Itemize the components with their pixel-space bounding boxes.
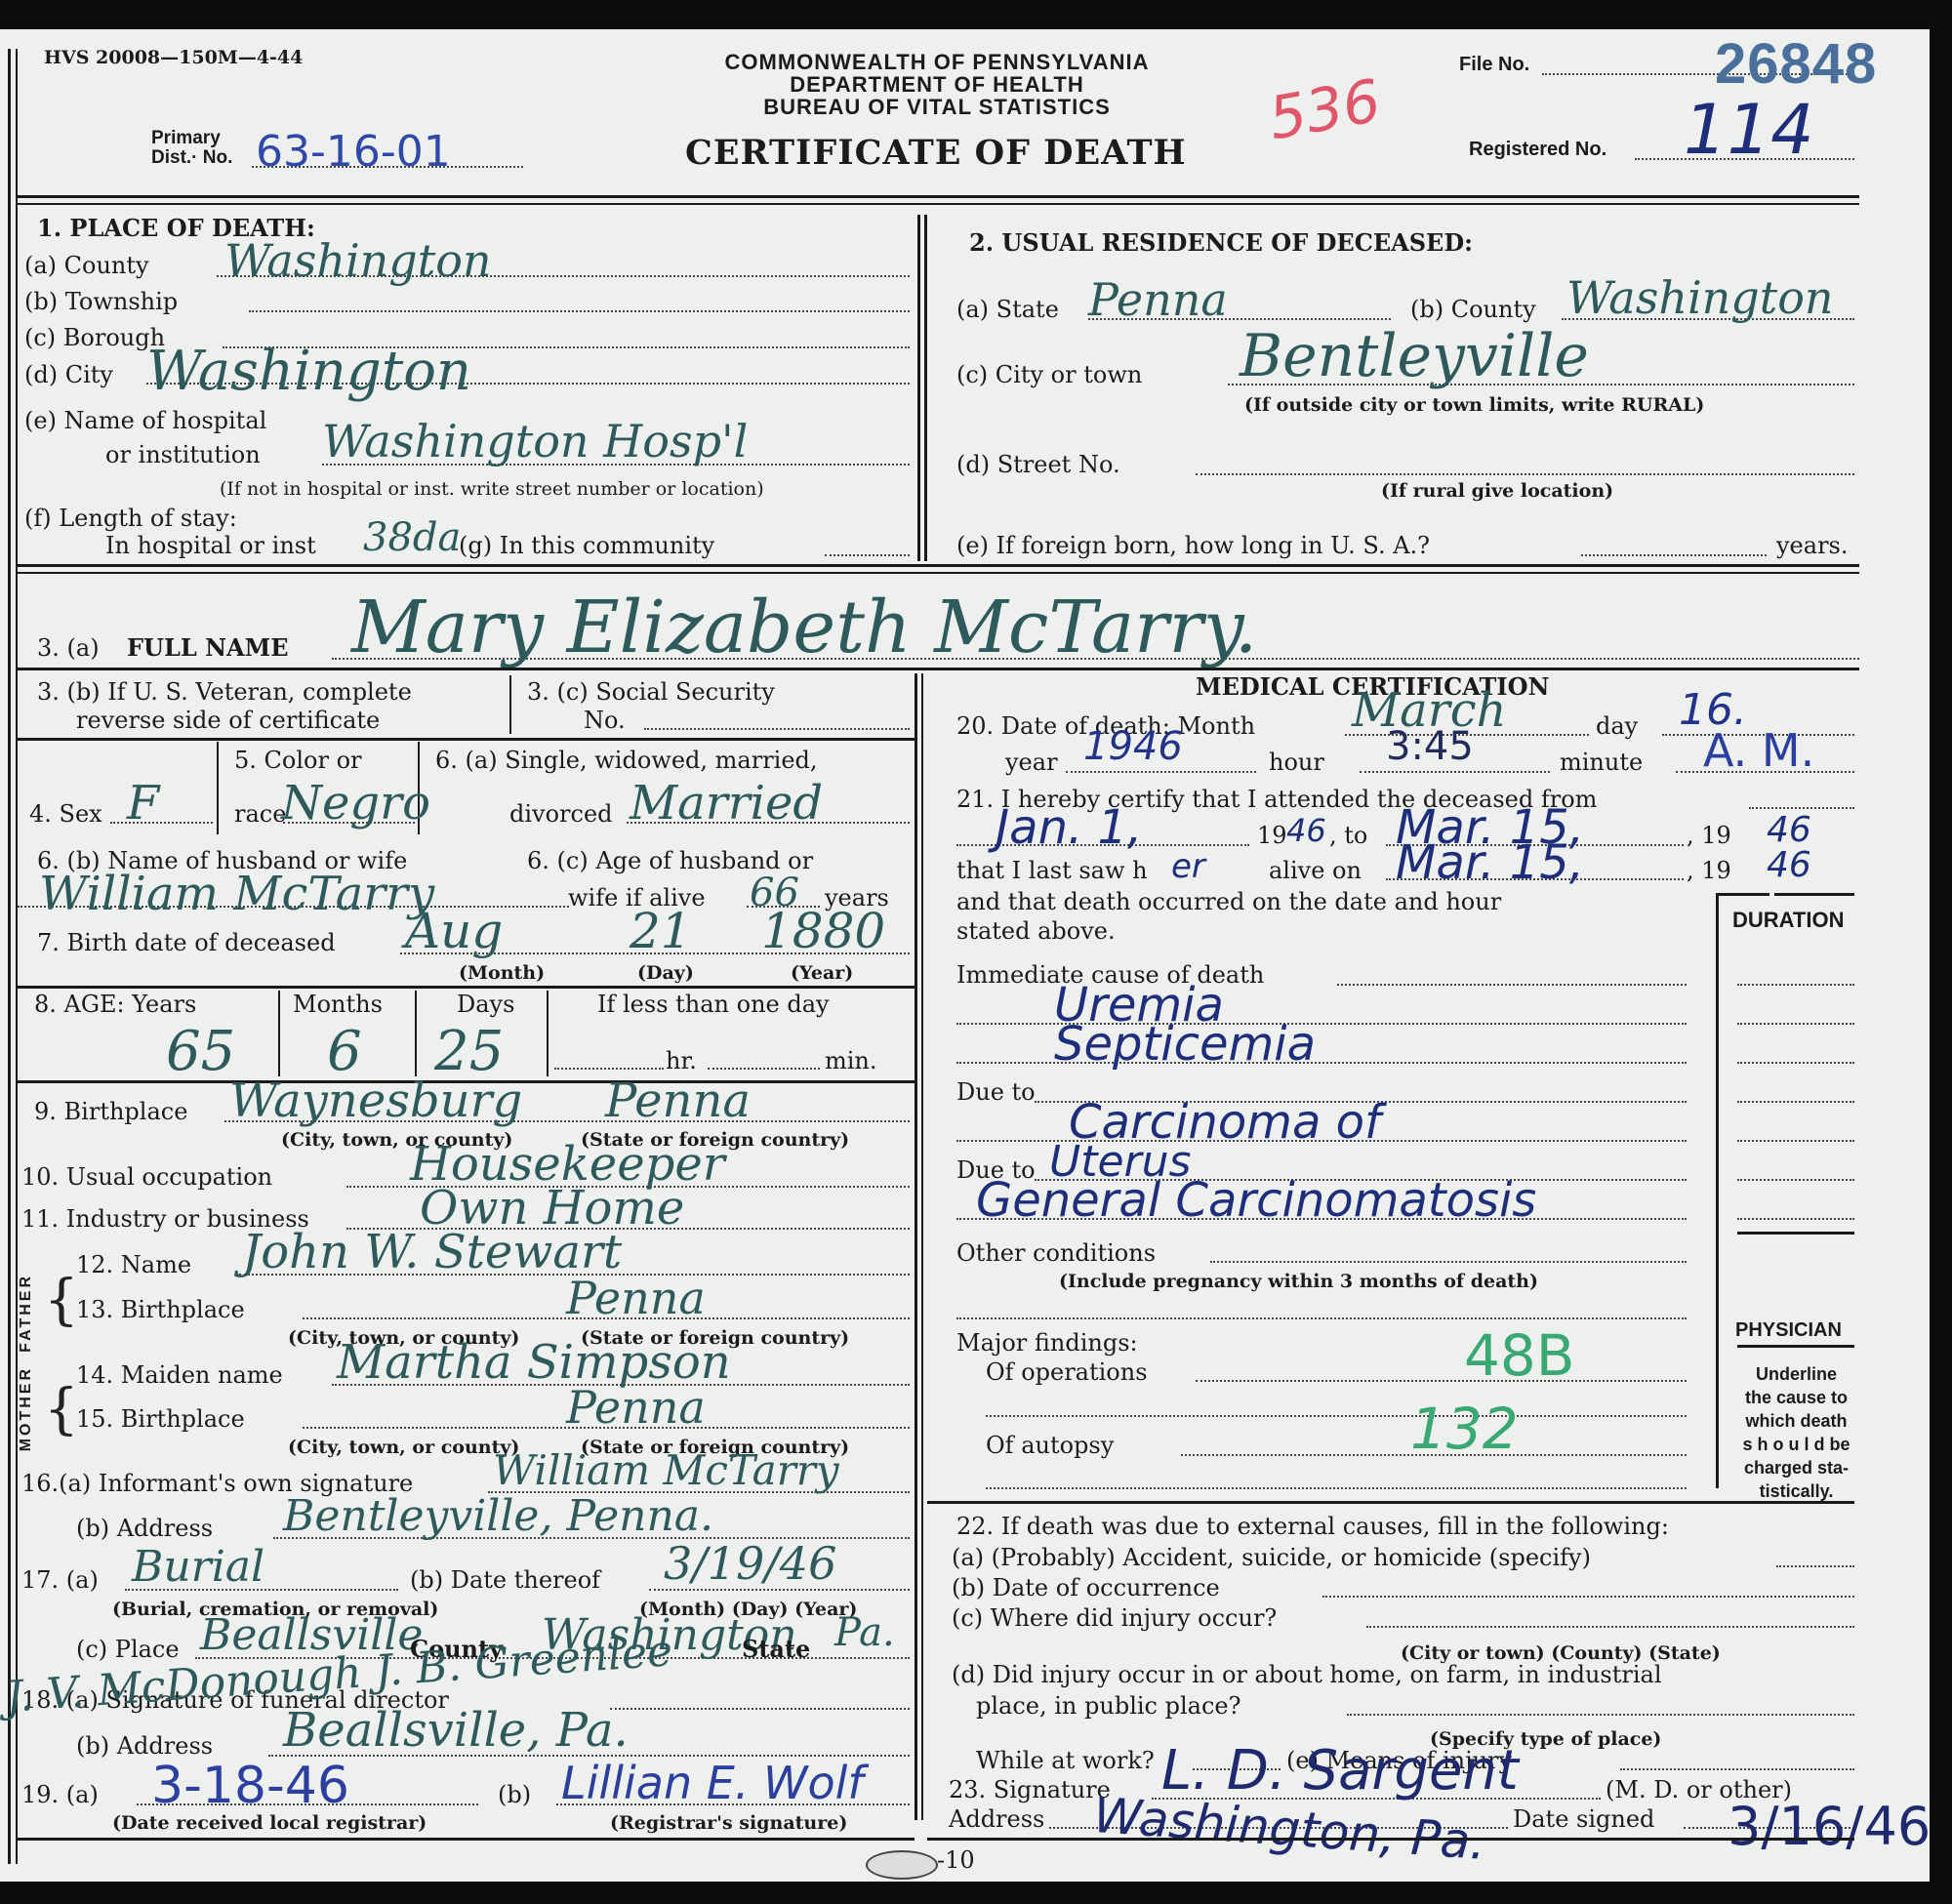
ssn-line — [644, 728, 910, 730]
hospital-label-1: (e) Name of hospital — [24, 407, 266, 434]
age-min-label: min. — [825, 1047, 877, 1074]
dod-hour-label: hour — [1269, 749, 1324, 776]
age-div-1 — [278, 991, 280, 1076]
mother-side-label: MOTHER — [18, 1366, 35, 1451]
res-years-label: years. — [1776, 532, 1849, 559]
occurred-line-1: and that death occurred on the date and … — [956, 888, 1501, 915]
color-label-2: race — [234, 800, 286, 828]
registrar-label-a: 19. (a) — [21, 1781, 99, 1808]
age-div-3 — [547, 991, 549, 1076]
res-city-note: (If outside city or town limits, write R… — [1244, 394, 1704, 416]
column-divider-b — [924, 215, 927, 561]
marital-label-2: divorced — [509, 800, 613, 828]
disposal-label: 17. (a) — [21, 1566, 99, 1594]
agency-line-2: DEPARTMENT OF HEALTH — [683, 73, 1191, 97]
rule-birth — [18, 986, 915, 989]
father-birthplace-label: 13. Birthplace — [76, 1296, 245, 1323]
last-saw-label: that I last saw h — [956, 857, 1148, 884]
veteran-label-2: reverse side of certificate — [76, 707, 380, 734]
attended-from-year: 46 — [1286, 812, 1326, 849]
due-to-1-label: Due to — [956, 1078, 1036, 1106]
birth-year: 1880 — [761, 903, 885, 959]
stay-hospital-value: 38da — [363, 515, 461, 560]
age-div-2 — [415, 991, 417, 1076]
res-street-note: (If rural give location) — [1381, 480, 1613, 502]
birth-year-caption: (Year) — [791, 962, 853, 984]
duration-line-1 — [1737, 984, 1854, 986]
res-foreign-label: (e) If foreign born, how long in U. S. A… — [956, 532, 1430, 559]
director-line — [610, 1708, 910, 1710]
external-d-label-1: (d) Did injury occur in or about home, o… — [952, 1661, 1662, 1688]
physician-label: PHYSICIAN — [1735, 1319, 1842, 1342]
full-name-value: Mary Elizabeth McTarry. — [351, 586, 1257, 669]
code-2: 132 — [1410, 1396, 1519, 1462]
rule-veteran — [18, 738, 915, 741]
duration-line-4 — [1737, 1101, 1854, 1103]
age-hr-label: hr. — [666, 1047, 697, 1074]
underline-note-5: charged sta- — [1735, 1456, 1857, 1479]
county-value: Washington — [224, 234, 492, 287]
res-city-label: (c) City or town — [956, 361, 1142, 388]
full-name-label: FULL NAME — [127, 634, 289, 662]
rule-top-1 — [18, 195, 1859, 198]
city-label: (d) City — [24, 361, 113, 388]
informant-signature: William McTarry — [493, 1446, 839, 1494]
physician-sig-label: 23. Signature — [949, 1776, 1111, 1803]
page-title: CERTIFICATE OF DEATH — [685, 133, 1187, 173]
registered-no: 114 — [1684, 90, 1814, 170]
registrar-sig-caption: (Registrar's signature) — [610, 1812, 847, 1834]
birth-month: Aug — [405, 903, 503, 959]
age-years-value: 65 — [166, 1020, 235, 1083]
dod-minute-label: minute — [1560, 749, 1643, 776]
rule-bottom-right — [927, 1838, 1854, 1841]
duration-box-left — [1716, 893, 1719, 1488]
operations-line-2 — [986, 1415, 1687, 1417]
dod-minute: A. M. — [1703, 724, 1814, 777]
major-findings-label: Major findings: — [956, 1329, 1138, 1357]
union-label-text: -10 — [937, 1846, 975, 1874]
external-c-line — [1366, 1626, 1854, 1628]
sex-line — [110, 822, 213, 824]
duration-line-5 — [1737, 1140, 1854, 1142]
certify-line — [1749, 807, 1854, 809]
full-name-num: 3. (a) — [37, 634, 100, 662]
dod-year-label: year — [1005, 749, 1058, 776]
father-birthplace-value: Penna — [566, 1272, 706, 1324]
underline-note-1: Underline — [1735, 1362, 1857, 1386]
res-state-label: (a) State — [956, 296, 1059, 323]
autopsy-line-2 — [986, 1487, 1687, 1489]
duration-line-2 — [1737, 1023, 1854, 1025]
duration-line-7 — [1737, 1218, 1854, 1220]
birth-day: 21 — [630, 903, 692, 959]
external-c-label: (c) Where did injury occur? — [952, 1604, 1277, 1632]
registrar-date-caption: (Date received local registrar) — [112, 1812, 427, 1834]
red-annotation: 536 — [1264, 67, 1386, 154]
last-saw-pronoun: er — [1171, 847, 1205, 886]
ssn-label-2: No. — [584, 707, 626, 734]
birth-day-caption: (Day) — [637, 962, 694, 984]
father-name-value: John W. Stewart — [242, 1225, 622, 1279]
occupation-label: 10. Usual occupation — [21, 1163, 272, 1191]
rule-external — [927, 1501, 1854, 1504]
hospital-value: Washington Hosp'l — [322, 415, 748, 467]
informant-address-label: (b) Address — [76, 1515, 213, 1542]
veteran-label-1: 3. (b) If U. S. Veteran, complete — [37, 678, 412, 706]
other-conditions-label: Other conditions — [956, 1239, 1156, 1267]
external-a-line — [1776, 1565, 1854, 1567]
township-label: (b) Township — [24, 288, 178, 315]
age-min-line — [708, 1068, 820, 1070]
physician-rule — [1737, 1345, 1854, 1348]
work-label: While at work? — [976, 1747, 1155, 1774]
age-years-label: 8. AGE: Years — [34, 991, 196, 1018]
underline-note-2: the cause to — [1735, 1386, 1857, 1409]
hospital-label-2: or institution — [105, 441, 261, 468]
column-divider-a — [917, 215, 920, 561]
duration-line-6 — [1737, 1179, 1854, 1181]
underline-note-6: tistically. — [1735, 1479, 1857, 1503]
res-street-line — [1196, 473, 1854, 475]
res-county-label: (b) County — [1410, 296, 1536, 323]
res-foreign-line — [1581, 554, 1767, 556]
rule-mid-2 — [18, 572, 1859, 574]
cause-2: Septicemia — [1054, 1017, 1316, 1072]
primary-dist-no: 63-16-01 — [256, 127, 451, 177]
township-line — [249, 310, 910, 312]
lower-divider-a — [915, 673, 917, 1820]
hospital-note: (If not in hospital or inst. write stree… — [220, 478, 764, 500]
stay-community-line — [825, 554, 910, 556]
primary-dist-label-1: Primary — [151, 129, 221, 148]
dod-year: 1946 — [1083, 724, 1183, 769]
last-saw-date: Mar. 15, — [1396, 835, 1584, 890]
dod-year-line — [1066, 771, 1256, 773]
external-b-label: (b) Date of occurrence — [952, 1574, 1220, 1601]
means-line — [1620, 1768, 1854, 1770]
county-label: (a) County — [24, 252, 149, 279]
operations-label: Of operations — [986, 1358, 1148, 1386]
color-value: Negro — [281, 776, 430, 830]
form-code: HVS 20008—150M—4-44 — [44, 47, 303, 68]
agency-line-3: BUREAU OF VITAL STATISTICS — [683, 96, 1191, 119]
stay-community-label: (g) In this community — [459, 532, 714, 559]
res-state-value: Penna — [1088, 273, 1228, 326]
marital-value: Married — [630, 776, 823, 830]
disposal-state-label: State — [742, 1636, 810, 1663]
registrar-signature: Lillian E. Wolf — [561, 1757, 864, 1809]
rule-mid-1 — [18, 564, 1859, 567]
birthplace-state: Penna — [605, 1074, 751, 1128]
disposal-date-label: (b) Date thereof — [410, 1566, 600, 1594]
autopsy-label: Of autopsy — [986, 1432, 1114, 1459]
age-months-label: Months — [293, 991, 383, 1018]
borough-label: (c) Borough — [24, 324, 165, 351]
informant-address: Bentleyville, Penna. — [283, 1491, 713, 1541]
external-d-line — [1347, 1714, 1854, 1716]
father-name-label: 12. Name — [76, 1251, 191, 1278]
attended-from-year-prefix: 19 — [1257, 822, 1287, 849]
disposal-state: Pa. — [834, 1610, 895, 1655]
death-certificate: HVS 20008—150M—4-44 COMMONWEALTH OF PENN… — [0, 29, 1930, 1882]
duration-line-3 — [1737, 1062, 1854, 1064]
city-value: Washington — [146, 340, 471, 403]
residence-heading: 2. USUAL RESIDENCE OF DECEASED: — [969, 229, 1473, 257]
res-county-value: Washington — [1566, 271, 1834, 324]
operations-line — [1196, 1380, 1687, 1382]
attended-to-label: , to — [1329, 822, 1367, 849]
date-signed-label: Date signed — [1513, 1805, 1654, 1833]
mother-birthplace-value: Penna — [566, 1381, 706, 1434]
lower-divider-b — [921, 673, 923, 1820]
mother-birthplace-label: 15. Birthplace — [76, 1405, 245, 1433]
birthplace-city: Waynesburg — [229, 1074, 522, 1128]
physician-address-label: Address — [949, 1805, 1044, 1833]
disposal-place-label: (c) Place — [76, 1636, 180, 1663]
dod-hour: 3:45 — [1386, 724, 1474, 769]
occurred-line-2: stated above. — [956, 917, 1116, 945]
rule-bottom-left — [18, 1838, 915, 1841]
birth-date-label: 7. Birth date of deceased — [37, 929, 336, 956]
date-signed: 3/16/46 — [1728, 1796, 1931, 1857]
file-no: 26848 — [1715, 31, 1877, 97]
age-lt-day-label: If less than one day — [597, 991, 830, 1018]
father-side-label: FATHER — [18, 1274, 35, 1353]
age-days-label: Days — [457, 991, 514, 1018]
attended-to-year: 46 — [1767, 810, 1811, 850]
mother-brace: { — [44, 1357, 79, 1464]
rule-name — [18, 668, 1859, 670]
rule-top-2 — [18, 203, 1859, 205]
age-hr-line — [554, 1068, 664, 1070]
other-conditions-line — [1210, 1261, 1687, 1263]
director-address-label: (b) Address — [76, 1732, 213, 1760]
external-b-line — [1322, 1596, 1854, 1598]
ssn-label-1: 3. (c) Social Security — [527, 678, 775, 706]
other-conditions-line-2 — [956, 1317, 1687, 1319]
registrar-label-b: (b) — [498, 1781, 531, 1808]
underline-note-3: which death — [1735, 1409, 1857, 1433]
birthplace-label: 9. Birthplace — [34, 1098, 187, 1125]
other-conditions-note: (Include pregnancy within 3 months of de… — [1059, 1271, 1538, 1292]
left-border — [8, 49, 11, 1864]
disposal-date: 3/19/46 — [664, 1537, 836, 1590]
last-saw-year-prefix: , 19 — [1687, 857, 1731, 884]
cause-5: General Carcinomatosis — [976, 1173, 1536, 1228]
res-street-label: (d) Street No. — [956, 451, 1120, 478]
file-no-label: File No. — [1459, 54, 1529, 76]
dod-day-label: day — [1596, 712, 1638, 740]
alive-on-label: alive on — [1269, 857, 1362, 884]
sex-divider — [217, 742, 219, 834]
stay-hospital-label: In hospital or inst — [105, 532, 316, 559]
last-saw-year: 46 — [1767, 845, 1811, 885]
marital-label-1: 6. (a) Single, widowed, married, — [435, 747, 818, 774]
duration-box-top-b — [1774, 893, 1854, 896]
birth-month-caption: (Month) — [459, 962, 545, 984]
duration-label: DURATION — [1732, 908, 1844, 933]
attended-from: Jan. 1, — [996, 800, 1142, 855]
duration-box-divider — [1737, 1232, 1854, 1235]
spouse-value: William McTarry — [39, 867, 434, 921]
stay-label: (f) Length of stay: — [24, 505, 237, 532]
registered-no-label: Registered No. — [1469, 139, 1606, 161]
father-brace: { — [44, 1247, 79, 1355]
external-a-label: (a) (Probably) Accident, suicide, or hom… — [952, 1544, 1591, 1571]
code-1: 48B — [1464, 1322, 1575, 1389]
primary-dist-label-2: Dist.· No. — [151, 148, 232, 168]
veteran-divider — [509, 675, 511, 734]
registrar-date: 3-18-46 — [151, 1757, 349, 1815]
mother-city-caption: (City, town, or county) — [288, 1437, 519, 1458]
res-city-value: Bentleyville — [1240, 322, 1589, 390]
agency-line-1: COMMONWEALTH OF PENNSYLVANIA — [683, 51, 1191, 74]
cause-line-1 — [1337, 984, 1687, 986]
sex-label: 4. Sex — [29, 800, 102, 828]
disposal-value: Burial — [132, 1542, 264, 1592]
left-border-inner — [16, 49, 18, 1864]
mother-name-label: 14. Maiden name — [76, 1361, 283, 1389]
sex-value: F — [127, 776, 159, 830]
dod-hour-line — [1360, 771, 1550, 773]
underline-note-4: s h o u l d be — [1735, 1433, 1857, 1456]
color-label-1: 5. Color or — [234, 747, 362, 774]
duration-box-top-a — [1716, 893, 1769, 896]
attended-to-year-prefix: , 19 — [1687, 822, 1731, 849]
external-heading: 22. If death was due to external causes,… — [956, 1513, 1669, 1540]
union-label-icon — [866, 1850, 938, 1880]
external-d-label-2: place, in public place? — [976, 1692, 1240, 1720]
physician-signature: L. D. Sargent — [1161, 1739, 1519, 1803]
director-address: Beallsville, Pa. — [283, 1703, 629, 1758]
